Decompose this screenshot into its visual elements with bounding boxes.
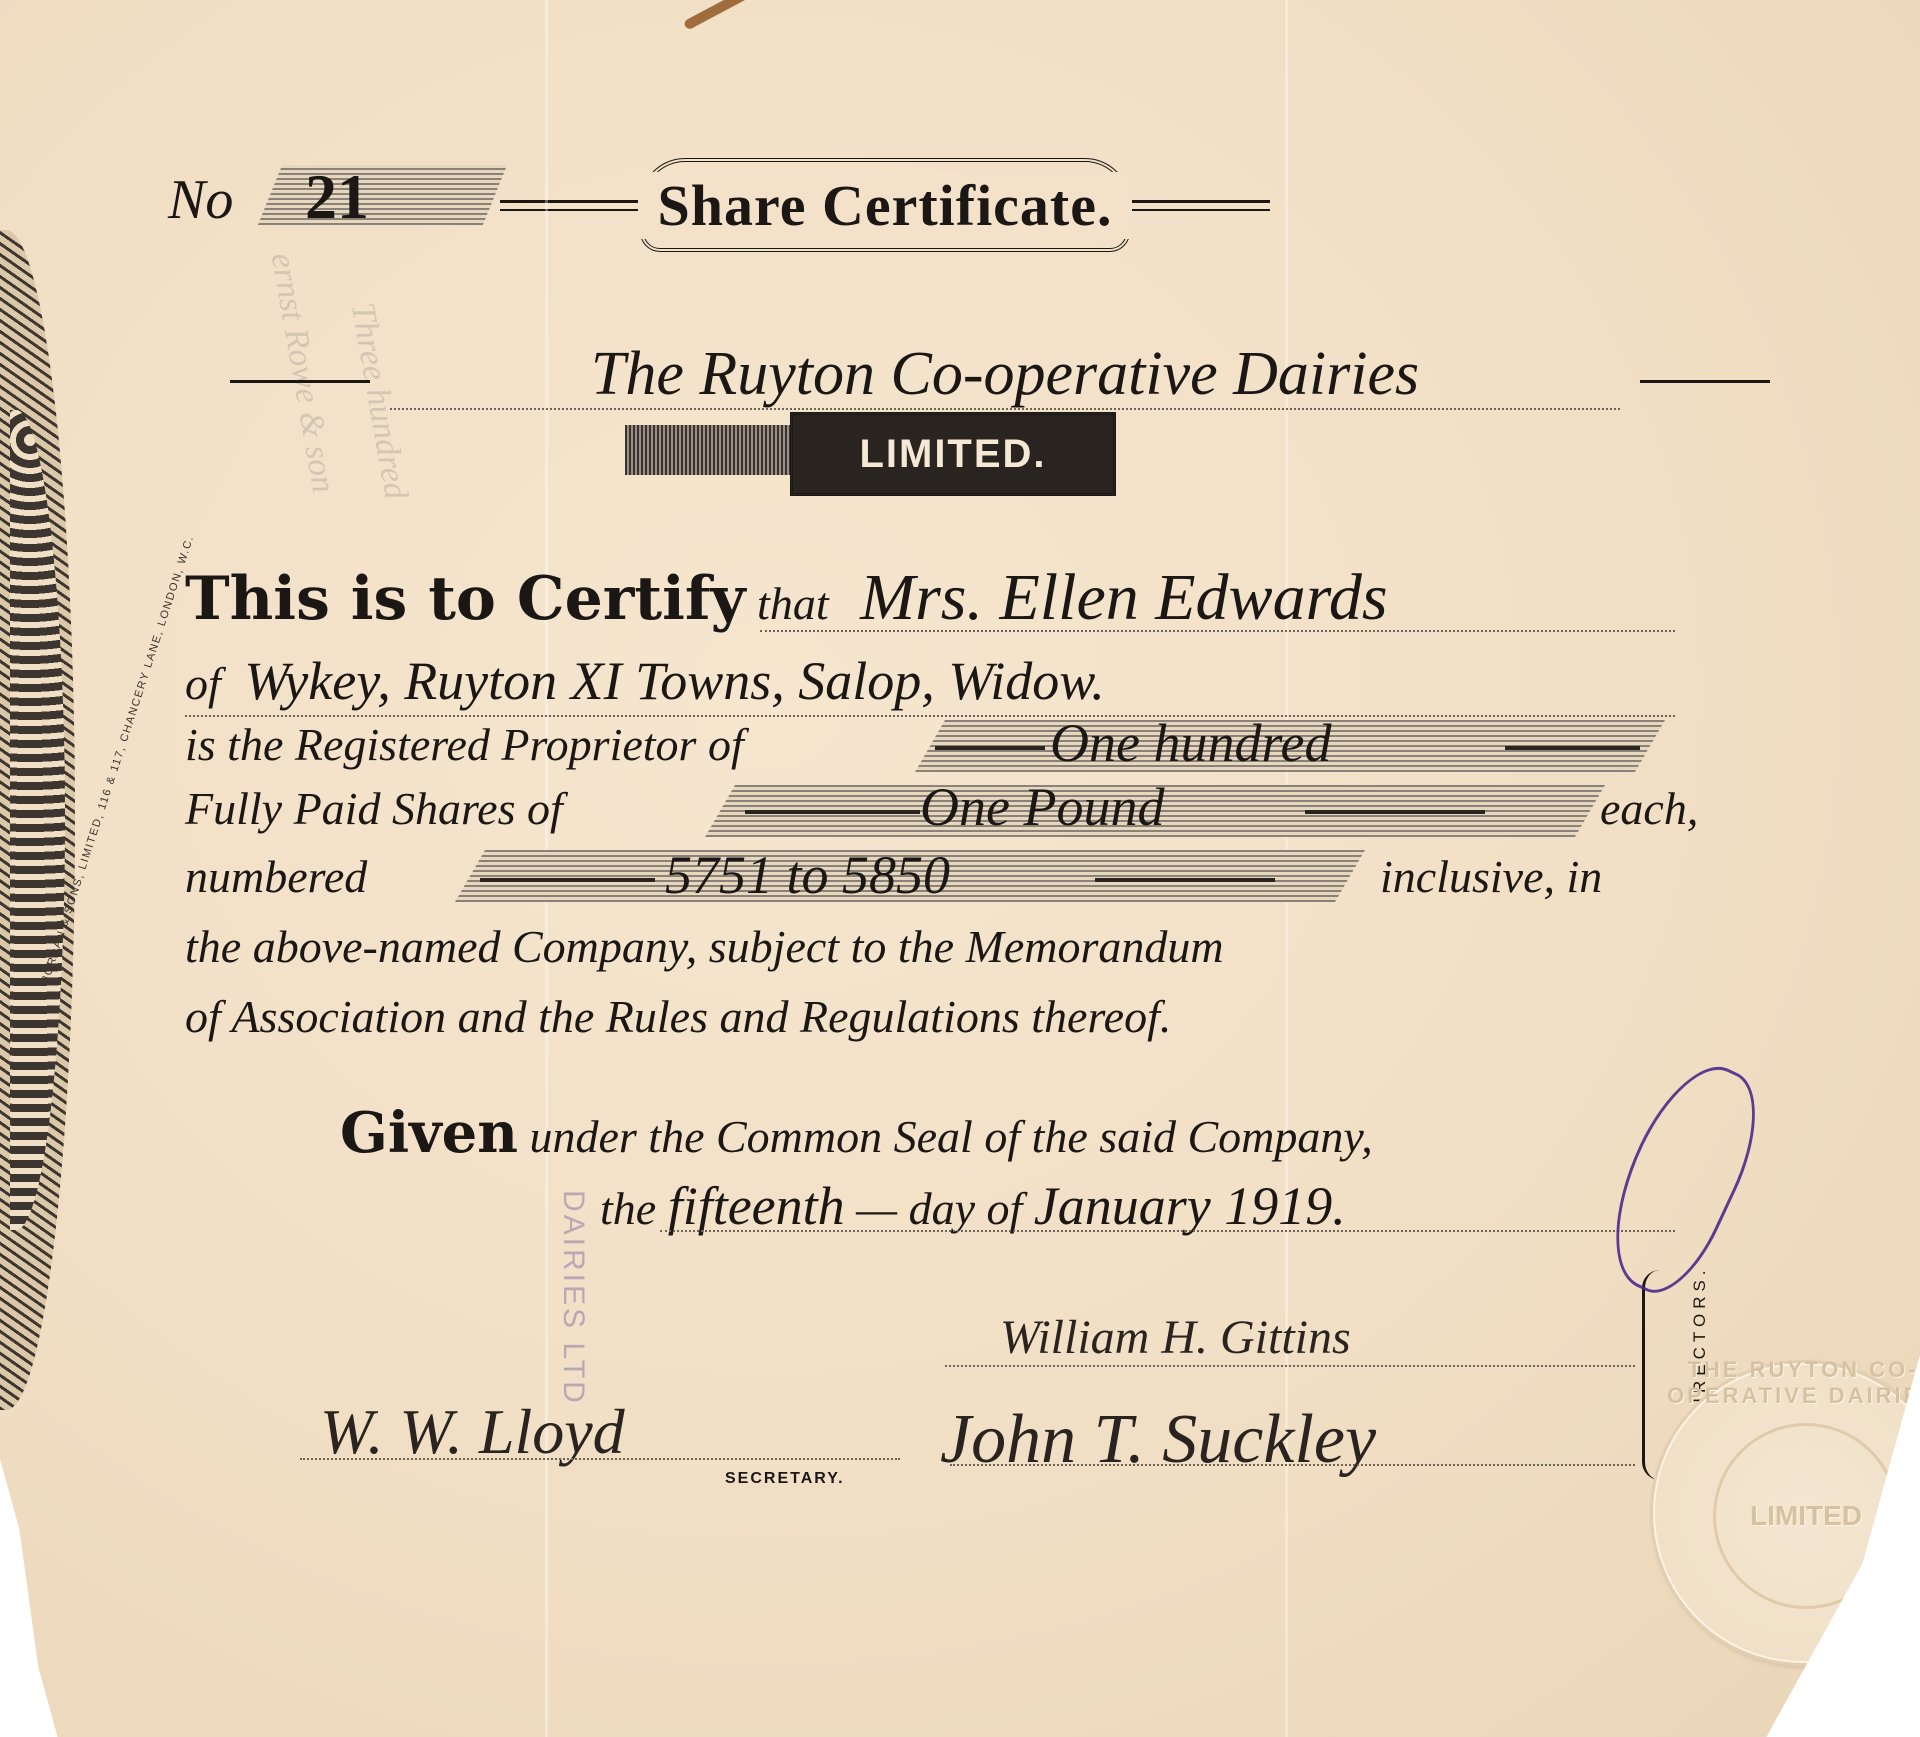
band-dash: [480, 878, 655, 882]
date-month-year: January 1919.: [1034, 1176, 1346, 1236]
given-text: under the Common Seal of the said Compan…: [529, 1111, 1372, 1162]
of-label: of: [185, 658, 221, 709]
dotted-rule: [300, 1458, 900, 1460]
secretary-label: SECRETARY.: [725, 1470, 845, 1488]
that-label: that: [757, 578, 829, 629]
certify-line: This is to Certify that Mrs. Ellen Edwar…: [185, 560, 1388, 636]
director-signature-2: John T. Suckley: [940, 1400, 1376, 1480]
share-count: One hundred: [1050, 712, 1331, 774]
number-band-pattern: [258, 165, 507, 225]
band-dash: [1305, 810, 1485, 814]
address-line: of Wykey, Ruyton XI Towns, Salop, Widow.: [185, 650, 1105, 712]
band-dash: [935, 746, 1045, 750]
date-prefix: the: [600, 1183, 656, 1234]
certificate-number: 21: [305, 160, 369, 234]
rubber-stamp: DAIRIES LTD: [556, 1190, 590, 1406]
given-line: Given under the Common Seal of the said …: [340, 1100, 1373, 1166]
proprietor-line: is the Registered Proprietor of: [185, 718, 744, 771]
holder-name: Mrs. Ellen Edwards: [860, 561, 1387, 634]
company-name: The Ruyton Co-operative Dairies: [390, 340, 1620, 410]
certificate-number-label: No: [168, 168, 233, 232]
title-cartouche: Share Certificate.: [500, 150, 1270, 260]
certify-heading: This is to Certify: [185, 564, 746, 634]
document-title: Share Certificate.: [638, 172, 1133, 239]
dotted-rule: [185, 715, 1675, 717]
purple-ink-mark: [1585, 1049, 1781, 1308]
inclusive-label: inclusive, in: [1380, 850, 1602, 903]
body-line-2: of Association and the Rules and Regulat…: [185, 990, 1171, 1043]
registered-label: is the Registered Proprietor of: [185, 719, 744, 770]
company-name-line: The Ruyton Co-operative Dairies: [230, 340, 1770, 410]
seal-inner-circle: LIMITED: [1713, 1423, 1899, 1609]
date-line: the fifteenth — day of January 1919.: [600, 1175, 1346, 1237]
dotted-rule: [660, 1230, 1675, 1232]
numbered-label: numbered: [185, 850, 367, 903]
share-range: 5751 to 5850: [665, 844, 950, 906]
left-border-ornament: [0, 230, 75, 1410]
body-line-1: the above-named Company, subject to the …: [185, 920, 1224, 973]
given-heading: Given: [340, 1100, 518, 1166]
dotted-rule: [945, 1365, 1635, 1367]
date-day: fifteenth: [668, 1176, 845, 1236]
fully-paid-label: Fully Paid Shares of: [185, 783, 563, 834]
each-label: each,: [1600, 782, 1698, 835]
fully-paid-line: Fully Paid Shares of: [185, 782, 563, 835]
ink-stain: [683, 0, 767, 31]
company-suffix: LIMITED.: [859, 432, 1046, 477]
certificate-paper: JORDAN & SONS, LIMITED, 116 & 117, CHANC…: [0, 0, 1920, 1737]
seal-center-text: LIMITED: [1750, 1500, 1862, 1532]
seal-ring-text: THE RUYTON CO-OPERATIVE DAIRIES: [1653, 1357, 1920, 1409]
day-of-label: day of: [909, 1183, 1023, 1234]
band-dash: [1095, 878, 1275, 882]
band-dash: [1505, 746, 1640, 750]
rule: [230, 380, 370, 383]
director-signature-1: William H. Gittins: [1000, 1310, 1351, 1365]
limited-banner: LIMITED.: [790, 412, 1116, 496]
band-dash: [745, 810, 920, 814]
dotted-rule: [760, 630, 1675, 632]
share-value: One Pound: [920, 776, 1164, 838]
rule: [1640, 380, 1770, 383]
holder-address: Wykey, Ruyton XI Towns, Salop, Widow.: [244, 651, 1104, 711]
dotted-rule: [950, 1464, 1635, 1466]
embossed-company-seal: THE RUYTON CO-OPERATIVE DAIRIES LIMITED: [1650, 1360, 1920, 1666]
